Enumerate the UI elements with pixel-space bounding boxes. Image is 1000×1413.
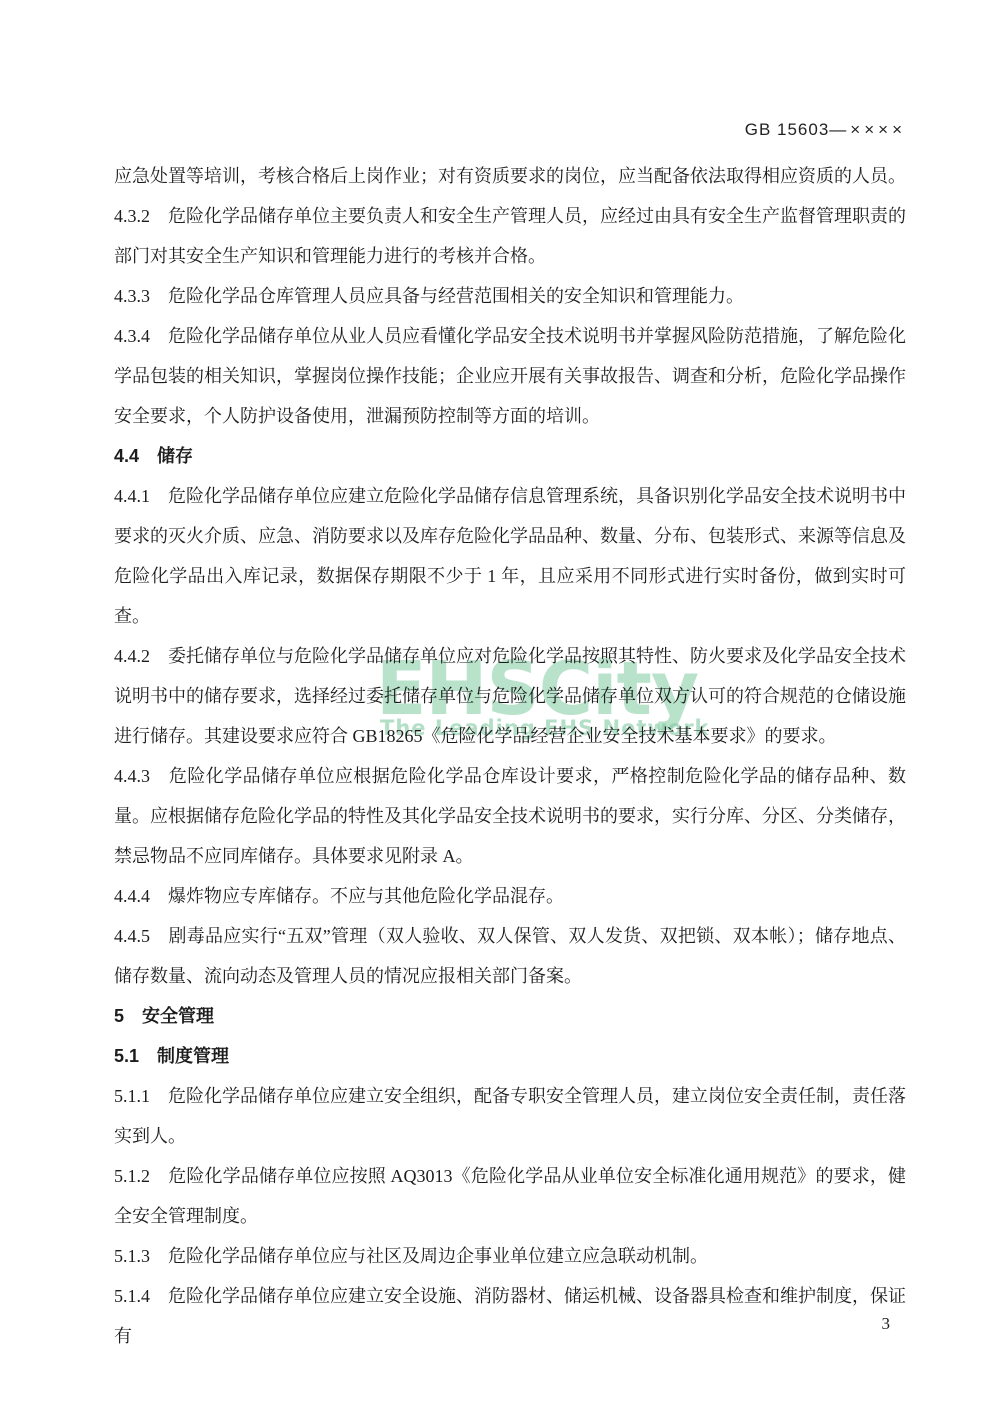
clause-4-4-1: 4.4.1 危险化学品储存单位应建立危险化学品储存信息管理系统，具备识别化学品安…: [114, 476, 906, 636]
clause-4-3-3: 4.3.3 危险化学品仓库管理人员应具备与经营范围相关的安全知识和管理能力。: [114, 276, 906, 316]
document-page: GB 15603—×××× EHSCity The Leading EHS Ne…: [0, 0, 1000, 1413]
document-body: 应急处置等培训，考核合格后上岗作业；对有资质要求的岗位，应当配备依法取得相应资质…: [114, 156, 906, 1356]
section-heading-5-1: 5.1 制度管理: [114, 1036, 906, 1076]
clause-5-1-4: 5.1.4 危险化学品储存单位应建立安全设施、消防器材、储运机械、设备器具检查和…: [114, 1276, 906, 1356]
section-heading-5: 5 安全管理: [114, 996, 906, 1036]
clause-4-4-3: 4.4.3 危险化学品储存单位应根据危险化学品仓库设计要求，严格控制危险化学品的…: [114, 756, 906, 876]
clause-5-1-3: 5.1.3 危险化学品储存单位应与社区及周边企事业单位建立应急联动机制。: [114, 1236, 906, 1276]
clause-4-3-4: 4.3.4 危险化学品储存单位从业人员应看懂化学品安全技术说明书并掌握风险防范措…: [114, 316, 906, 436]
clause-5-1-2: 5.1.2 危险化学品储存单位应按照 AQ3013《危险化学品从业单位安全标准化…: [114, 1156, 906, 1236]
clause-4-4-5: 4.4.5 剧毒品应实行“五双”管理（双人验收、双人保管、双人发货、双把锁、双本…: [114, 916, 906, 996]
standard-year-placeholder: —××××: [829, 120, 906, 139]
clause-5-1-1: 5.1.1 危险化学品储存单位应建立安全组织，配备专职安全管理人员，建立岗位安全…: [114, 1076, 906, 1156]
clause-4-4-4: 4.4.4 爆炸物应专库储存。不应与其他危险化学品混存。: [114, 876, 906, 916]
standard-number: GB 15603: [745, 120, 830, 139]
clause-4-4-2: 4.4.2 委托储存单位与危险化学品储存单位应对危险化学品按照其特性、防火要求及…: [114, 636, 906, 756]
running-header: GB 15603—××××: [0, 120, 906, 140]
clause-4-3-1-continuation: 应急处置等培训，考核合格后上岗作业；对有资质要求的岗位，应当配备依法取得相应资质…: [114, 156, 906, 196]
section-heading-4-4: 4.4 储存: [114, 436, 906, 476]
clause-4-3-2: 4.3.2 危险化学品储存单位主要负责人和安全生产管理人员，应经过由具有安全生产…: [114, 196, 906, 276]
